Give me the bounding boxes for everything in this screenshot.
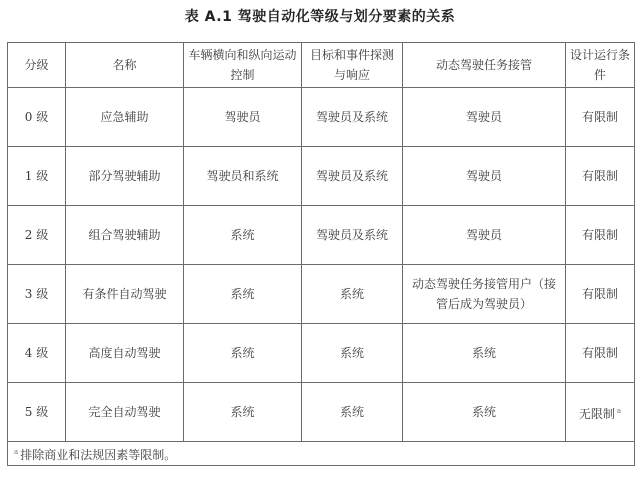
footnote-reference: a bbox=[617, 407, 621, 415]
header-level: 分级 bbox=[8, 43, 66, 88]
cell-level: 1 级 bbox=[8, 147, 66, 206]
cell-motion-control: 系统 bbox=[184, 324, 302, 383]
table-row: 4 级 高度自动驾驶 系统 系统 系统 有限制 bbox=[8, 324, 635, 383]
cell-name: 高度自动驾驶 bbox=[66, 324, 184, 383]
table-row: 3 级 有条件自动驾驶 系统 系统 动态驾驶任务接管用户（接管后成为驾驶员） 有… bbox=[8, 265, 635, 324]
cell-takeover: 系统 bbox=[403, 383, 566, 442]
footnote-marker: a bbox=[14, 448, 18, 456]
cell-motion-control: 系统 bbox=[184, 383, 302, 442]
cell-odd: 有限制 bbox=[566, 324, 635, 383]
cell-level: 3 级 bbox=[8, 265, 66, 324]
cell-detection-response: 系统 bbox=[302, 265, 403, 324]
header-row: 分级 名称 车辆横向和纵向运动控制 目标和事件探测与响应 动态驾驶任务接管 设计… bbox=[8, 43, 635, 88]
cell-motion-control: 驾驶员 bbox=[184, 88, 302, 147]
footnote-row: a排除商业和法规因素等限制。 bbox=[8, 442, 635, 466]
header-takeover: 动态驾驶任务接管 bbox=[403, 43, 566, 88]
cell-takeover: 驾驶员 bbox=[403, 206, 566, 265]
odd-value: 有限制 bbox=[582, 110, 618, 124]
cell-odd: 无限制a bbox=[566, 383, 635, 442]
cell-motion-control: 系统 bbox=[184, 265, 302, 324]
odd-value: 有限制 bbox=[582, 169, 618, 183]
odd-value: 有限制 bbox=[582, 346, 618, 360]
cell-odd: 有限制 bbox=[566, 206, 635, 265]
cell-level: 5 级 bbox=[8, 383, 66, 442]
cell-takeover: 驾驶员 bbox=[403, 88, 566, 147]
cell-detection-response: 系统 bbox=[302, 324, 403, 383]
table-row: 5 级 完全自动驾驶 系统 系统 系统 无限制a bbox=[8, 383, 635, 442]
cell-odd: 有限制 bbox=[566, 147, 635, 206]
table-row: 1 级 部分驾驶辅助 驾驶员和系统 驾驶员及系统 驾驶员 有限制 bbox=[8, 147, 635, 206]
cell-detection-response: 驾驶员及系统 bbox=[302, 147, 403, 206]
header-odd: 设计运行条件 bbox=[566, 43, 635, 88]
cell-name: 有条件自动驾驶 bbox=[66, 265, 184, 324]
cell-level: 4 级 bbox=[8, 324, 66, 383]
cell-takeover: 系统 bbox=[403, 324, 566, 383]
automation-levels-table: 分级 名称 车辆横向和纵向运动控制 目标和事件探测与响应 动态驾驶任务接管 设计… bbox=[7, 42, 635, 466]
odd-value: 无限制 bbox=[579, 407, 615, 421]
cell-name: 完全自动驾驶 bbox=[66, 383, 184, 442]
cell-motion-control: 驾驶员和系统 bbox=[184, 147, 302, 206]
odd-value: 有限制 bbox=[582, 228, 618, 242]
cell-detection-response: 驾驶员及系统 bbox=[302, 206, 403, 265]
cell-detection-response: 系统 bbox=[302, 383, 403, 442]
header-name: 名称 bbox=[66, 43, 184, 88]
cell-name: 应急辅助 bbox=[66, 88, 184, 147]
cell-name: 部分驾驶辅助 bbox=[66, 147, 184, 206]
cell-detection-response: 驾驶员及系统 bbox=[302, 88, 403, 147]
cell-motion-control: 系统 bbox=[184, 206, 302, 265]
cell-name: 组合驾驶辅助 bbox=[66, 206, 184, 265]
footnote-cell: a排除商业和法规因素等限制。 bbox=[8, 442, 635, 466]
cell-takeover: 驾驶员 bbox=[403, 147, 566, 206]
odd-value: 有限制 bbox=[582, 287, 618, 301]
table-title: 表 A.1 驾驶自动化等级与划分要素的关系 bbox=[0, 6, 640, 26]
cell-odd: 有限制 bbox=[566, 265, 635, 324]
cell-odd: 有限制 bbox=[566, 88, 635, 147]
header-motion-control: 车辆横向和纵向运动控制 bbox=[184, 43, 302, 88]
header-detection-response: 目标和事件探测与响应 bbox=[302, 43, 403, 88]
footnote-text: 排除商业和法规因素等限制。 bbox=[20, 448, 176, 462]
table-row: 2 级 组合驾驶辅助 系统 驾驶员及系统 驾驶员 有限制 bbox=[8, 206, 635, 265]
cell-level: 2 级 bbox=[8, 206, 66, 265]
table-row: 0 级 应急辅助 驾驶员 驾驶员及系统 驾驶员 有限制 bbox=[8, 88, 635, 147]
cell-takeover: 动态驾驶任务接管用户（接管后成为驾驶员） bbox=[403, 265, 566, 324]
cell-level: 0 级 bbox=[8, 88, 66, 147]
